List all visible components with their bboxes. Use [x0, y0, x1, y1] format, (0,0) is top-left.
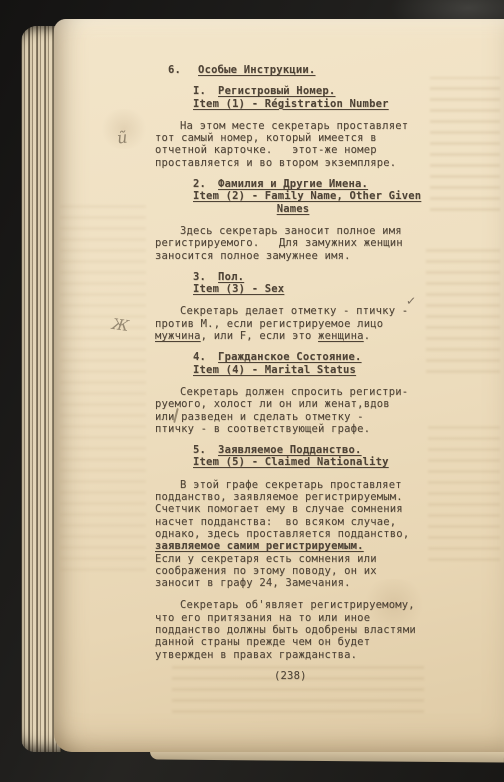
- emphasized-underlined-line: заявляемое самим регистрируемым.: [155, 540, 431, 552]
- section-number: 3.: [193, 271, 206, 283]
- pencil-margin-mark: ũ: [116, 128, 128, 148]
- section-title-en: Item (1) - Régistration Number: [155, 98, 431, 110]
- section-heading: 5.Заявляемое Подданство.: [155, 444, 431, 456]
- section-heading: I.Регистровый Номер.: [155, 85, 431, 97]
- section-title-en: Item (2) - Family Name, Other Given: [155, 190, 431, 202]
- paragraph: ✓ Секретарь делает отметку - птичку - пр…: [155, 305, 431, 342]
- text-line: мужчина, или F, если это женщина.: [155, 330, 431, 342]
- underlined-word: мужчина: [155, 330, 201, 342]
- text-line: Секретарь должен спросить регистри-: [155, 386, 431, 398]
- text-line: соображения по этому поводу, он их: [155, 565, 431, 577]
- paragraph: Секретарь должен спросить регистри- руем…: [155, 386, 431, 435]
- text-fragment: .: [364, 330, 371, 342]
- paragraph: В этой графе секретарь проставляет подда…: [155, 479, 431, 590]
- text-line: проставляется и во втором экземпляре.: [155, 157, 431, 169]
- text-line: подданство, заявляемое регистрируемым.: [155, 491, 431, 503]
- text-line: отчетной карточке. этот-же номер: [155, 144, 431, 156]
- bleed-through-text: [60, 199, 146, 579]
- section-title-ru: Заявляемое Подданство.: [218, 444, 361, 456]
- pencil-margin-mark: Ж: [111, 315, 130, 335]
- section-number: 2.: [193, 178, 206, 190]
- bleed-through-text: [428, 419, 500, 569]
- section-title-en: Item (3) - Sex: [155, 283, 431, 295]
- text-line: подданство должны быть одобрены властями: [155, 624, 431, 636]
- scanned-book-photo: ũ Ж 6.Особые Инструкции. I.Регистровый Н…: [0, 0, 504, 782]
- section-title-ru: Пол.: [218, 271, 244, 283]
- top-heading-number: 6.: [168, 64, 181, 76]
- text-line: или разведен и сделать отметку -: [155, 411, 431, 423]
- text-line: утвержден в правах гражданства.: [155, 649, 431, 661]
- text-line: Секретарь об'являет регистрируемому,: [155, 599, 431, 611]
- top-heading-title: Особые Инструкции.: [198, 64, 315, 76]
- section-title-en-cont: Names: [155, 203, 431, 215]
- page-number: (238): [155, 670, 431, 682]
- text-line: В этой графе секретарь проставляет: [155, 479, 431, 491]
- section-number: I.: [193, 85, 206, 97]
- top-heading: 6.Особые Инструкции.: [155, 64, 431, 76]
- section-number: 4.: [193, 351, 206, 363]
- text-line: руемого, холост ли он или женат,вдов: [155, 398, 431, 410]
- text-line: против М., если регистрируемое лицо: [155, 318, 431, 330]
- pencil-check-icon: ✓: [406, 295, 417, 308]
- section-title-ru: Гражданское Состояние.: [218, 351, 361, 363]
- text-line: данной страны прежде чем он будет: [155, 636, 431, 648]
- bleed-through-text: [430, 77, 500, 219]
- text-line: насчет подданства: во всяком случае,: [155, 516, 431, 528]
- text-line: заносит в графу 24, Замечания.: [155, 577, 431, 589]
- text-line: тот самый номер, который имеется в: [155, 132, 431, 144]
- section-title-ru: Фамилия и Другие Имена.: [218, 178, 368, 190]
- text-line: заносится полное замужнее имя.: [155, 250, 431, 262]
- text-line: Счетчик помогает ему в случае сомнения: [155, 503, 431, 515]
- text-fragment: , или F, если это: [201, 330, 318, 342]
- section-heading: 3.Пол.: [155, 271, 431, 283]
- section-title-en: Item (4) - Marital Status: [155, 364, 431, 376]
- section-heading: 4.Гражданское Состояние.: [155, 351, 431, 363]
- section-title-en: Item (5) - Claimed Nationality: [155, 456, 431, 468]
- text-line: Если у секретаря есть сомнения или: [155, 553, 431, 565]
- underlined-word: женщина: [318, 330, 364, 342]
- text-line: Здесь секретарь заносит полное имя: [155, 225, 431, 237]
- text-line: что его притязания на то или иное: [155, 612, 431, 624]
- text-line: На этом месте секретарь проставляет: [155, 120, 431, 132]
- paragraph: Секретарь об'являет регистрируемому, что…: [155, 599, 431, 660]
- paragraph: На этом месте секретарь проставляет тот …: [155, 120, 431, 169]
- section-number: 5.: [193, 444, 206, 456]
- text-line: регистрируемого. Для замужних женщин: [155, 237, 431, 249]
- section-title-ru: Регистровый Номер.: [218, 85, 335, 97]
- text-line: птичку - в соответствующей графе.: [155, 423, 431, 435]
- bleed-through-text: [426, 249, 500, 381]
- paragraph: Здесь секретарь заносит полное имя регис…: [155, 225, 431, 262]
- typewritten-text-column: 6.Особые Инструкции. I.Регистровый Номер…: [155, 64, 431, 682]
- text-line: Секретарь делает отметку - птичку -: [155, 305, 431, 317]
- section-heading: 2.Фамилия и Другие Имена.: [155, 178, 431, 190]
- text-line: однако, здесь проставляется подданство,: [155, 528, 431, 540]
